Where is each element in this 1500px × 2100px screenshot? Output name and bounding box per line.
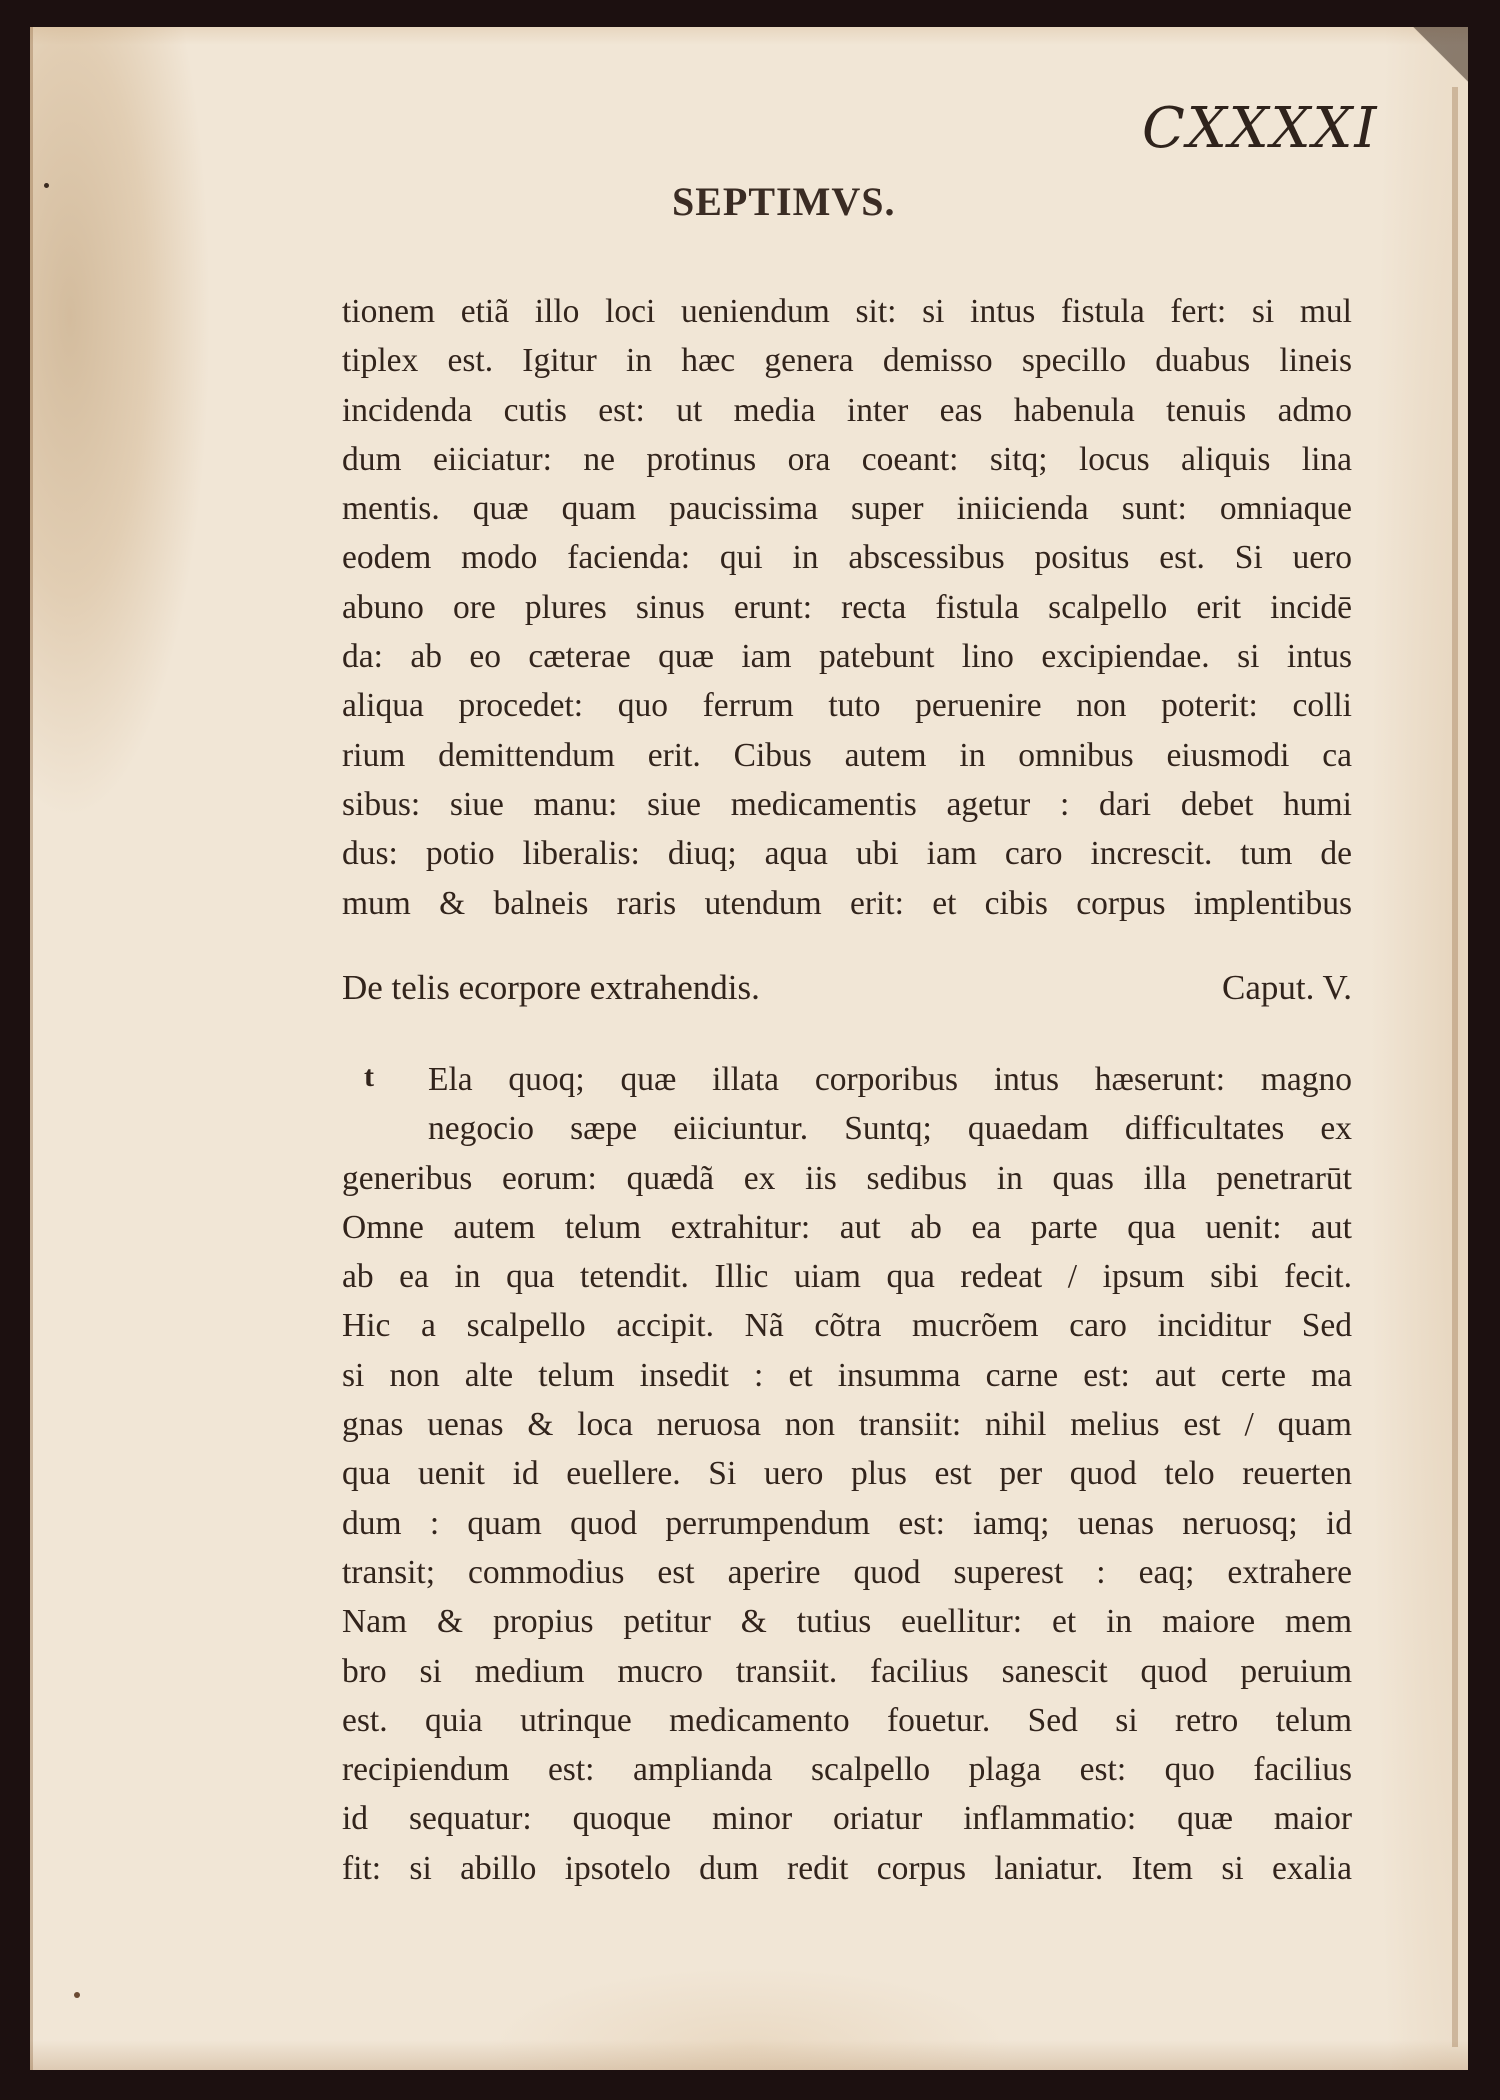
text-line: recipiendum est: amplianda scalpello pla… (342, 1745, 1352, 1794)
chapter-heading: De telis ecorpore extrahendis. Caput. V. (342, 968, 1352, 1008)
text-line: transit; commodius est aperire quod supe… (342, 1548, 1352, 1597)
text-line: Nam & propius petitur & tutius euellitur… (342, 1597, 1352, 1646)
chapter-title: De telis ecorpore extrahendis. (342, 968, 760, 1008)
text-line: mentis. quæ quam paucissima super iniici… (342, 484, 1352, 533)
text-line: ab ea in qua tetendit. Illic uiam qua re… (342, 1252, 1352, 1301)
text-line: negocio sæpe eiiciuntur. Suntq; quaedam … (342, 1104, 1352, 1153)
text-line: dum eiiciatur: ne protinus ora coeant: s… (342, 435, 1352, 484)
scan-frame: CXXXXI SEPTIMVS. tionem etiã illo loci u… (0, 0, 1500, 2100)
text-line: mum & balneis raris utendum erit: et cib… (342, 879, 1352, 928)
text-line: fit: si abillo ipsotelo dum redit corpus… (342, 1844, 1352, 1893)
text-line: id sequatur: quoque minor oriatur inflam… (342, 1794, 1352, 1843)
text-line: gnas uenas & loca neruosa non transiit: … (342, 1400, 1352, 1449)
chapter-label: Caput. V. (1222, 968, 1352, 1008)
text-line: sibus: siue manu: siue medicamentis aget… (342, 780, 1352, 829)
text-line: bro si medium mucro transiit. facilius s… (342, 1647, 1352, 1696)
running-head: SEPTIMVS. (672, 178, 896, 225)
text-line: qua uenit id euellere. Si uero plus est … (342, 1449, 1352, 1498)
folded-corner (1408, 27, 1468, 87)
folio-number: CXXXXI (1142, 96, 1378, 161)
text-line: aliqua procedet: quo ferrum tuto perueni… (342, 681, 1352, 730)
text-line: rium demittendum erit. Cibus autem in om… (342, 731, 1352, 780)
text-line: dus: potio liberalis: diuq; aqua ubi iam… (342, 829, 1352, 878)
text-line: generibus eorum: quædã ex iis sedibus in… (342, 1154, 1352, 1203)
text-line: tionem etiã illo loci ueniendum sit: si … (342, 287, 1352, 336)
text-line: da: ab eo cæterae quæ iam patebunt lino … (342, 632, 1352, 681)
text-line: Hic a scalpello accipit. Nã cõtra mucrõe… (342, 1301, 1352, 1350)
ink-speck (44, 183, 49, 188)
text-block-continuation: tionem etiã illo loci ueniendum sit: si … (342, 287, 1352, 928)
page-edge-shadow (1452, 87, 1458, 2047)
text-line: tiplex est. Igitur in hæc genera demisso… (342, 336, 1352, 385)
text-line: Ela quoq; quæ illata corporibus intus hæ… (342, 1055, 1352, 1104)
text-line: Omne autem telum extrahitur: aut ab ea p… (342, 1203, 1352, 1252)
text-block-chapter-five: Ela quoq; quæ illata corporibus intus hæ… (342, 1055, 1352, 1893)
text-line: incidenda cutis est: ut media inter eas … (342, 386, 1352, 435)
text-line: si non alte telum insedit : et insumma c… (342, 1351, 1352, 1400)
text-line: abuno ore plures sinus erunt: recta fist… (342, 583, 1352, 632)
text-line: eodem modo facienda: qui in abscessibus … (342, 533, 1352, 582)
text-line: est. quia utrinque medicamento fouetur. … (342, 1696, 1352, 1745)
ink-speck (74, 1992, 80, 1998)
text-line: dum : quam quod perrumpendum est: iamq; … (342, 1499, 1352, 1548)
